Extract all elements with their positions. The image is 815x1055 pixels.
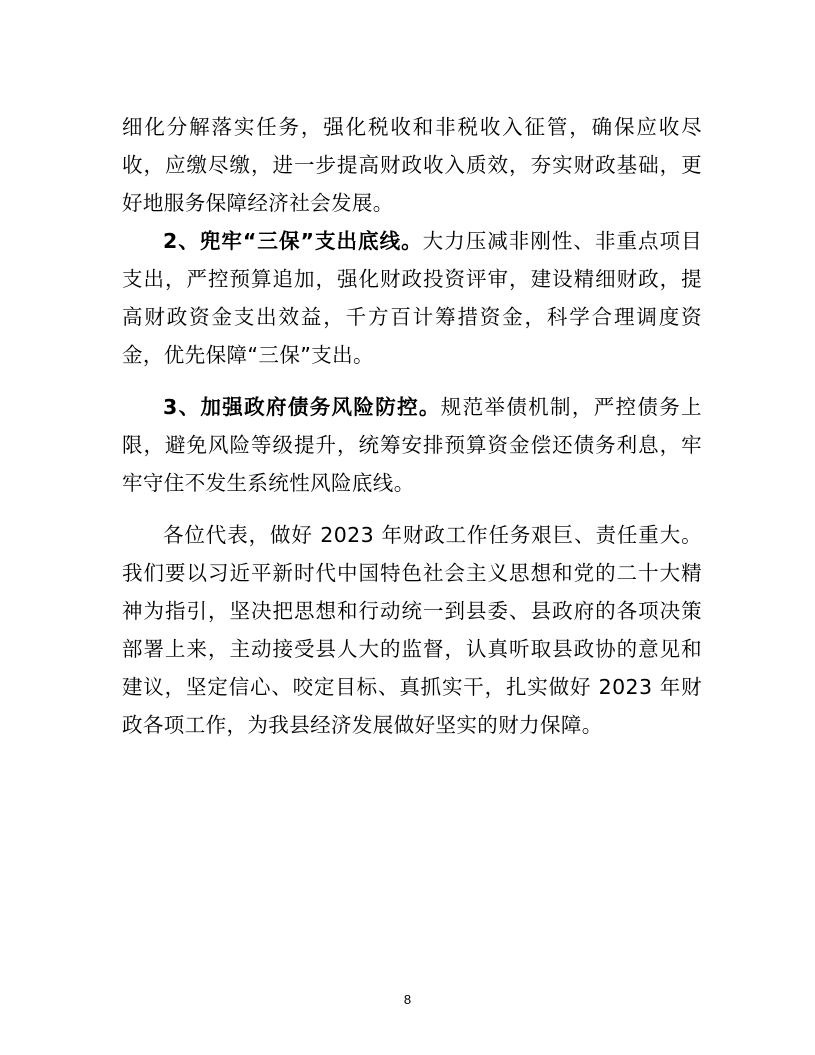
section-heading-2: 2、兜牢“三保”支出底线。 bbox=[163, 229, 423, 253]
paragraph-body: 细化分解落实任务，强化税收和非税收入征管，确保应收尽收，应缴尽缴，进一步提高财政… bbox=[122, 115, 702, 215]
document-page: 细化分解落实任务，强化税收和非税收入征管，确保应收尽收，应缴尽缴，进一步提高财政… bbox=[0, 0, 815, 1055]
paragraph-2: 2、兜牢“三保”支出底线。大力压减非刚性、非重点项目支出，严控预算追加，强化财政… bbox=[122, 222, 702, 374]
paragraph-1: 细化分解落实任务，强化税收和非税收入征管，确保应收尽收，应缴尽缴，进一步提高财政… bbox=[122, 108, 702, 222]
paragraph-3: 3、加强政府债务风险防控。规范举债机制，严控债务上限，避免风险等级提升，统筹安排… bbox=[122, 388, 702, 502]
body-text: 细化分解落实任务，强化税收和非税收入征管，确保应收尽收，应缴尽缴，进一步提高财政… bbox=[122, 108, 702, 744]
paragraph-body: 各位代表，做好 2023 年财政工作任务艰巨、责任重大。我们要以习近平新时代中国… bbox=[122, 523, 702, 737]
section-heading-3: 3、加强政府债务风险防控。 bbox=[163, 395, 441, 419]
page-number: 8 bbox=[0, 992, 815, 1007]
paragraph-4: 各位代表，做好 2023 年财政工作任务艰巨、责任重大。我们要以习近平新时代中国… bbox=[122, 516, 702, 744]
